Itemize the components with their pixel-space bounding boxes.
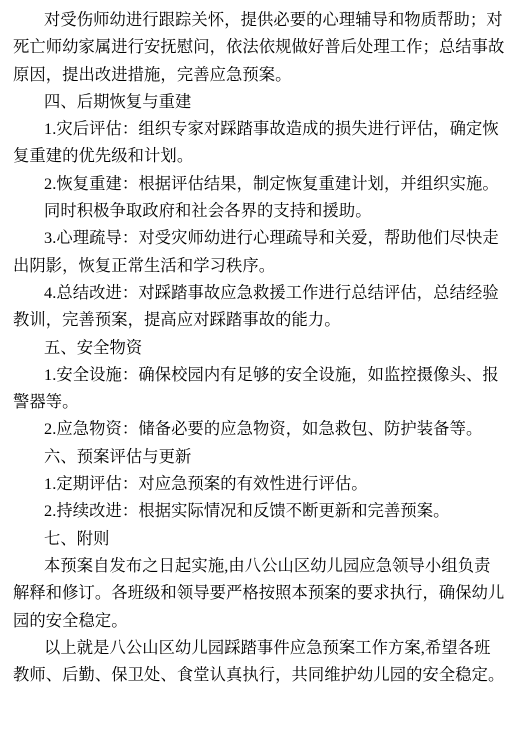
paragraph-line: 原因，提出改进措施，完善应急预案。 bbox=[13, 61, 503, 88]
list-item-line: 1.灾后评估：组织专家对踩踏事故造成的损失进行评估，确定恢 bbox=[13, 115, 503, 142]
paragraph-line: 对受伤师幼进行跟踪关怀，提供必要的心理辅导和物质帮助；对 bbox=[13, 6, 503, 33]
list-item-line: 1.定期评估：对应急预案的有效性进行评估。 bbox=[13, 470, 503, 497]
document-page[interactable]: 对受伤师幼进行跟踪关怀，提供必要的心理辅导和物质帮助；对 死亡师幼家属进行安抚慰… bbox=[0, 0, 516, 742]
paragraph-line: 本预案自发布之日起实施,由八公山区幼儿园应急领导小组负责 bbox=[13, 552, 503, 579]
document-body: 对受伤师幼进行跟踪关怀，提供必要的心理辅导和物质帮助；对 死亡师幼家属进行安抚慰… bbox=[0, 0, 516, 688]
list-item-line: 4.总结改进：对踩踏事故应急救援工作进行总结评估，总结经验 bbox=[13, 279, 503, 306]
paragraph-line: 教师、后勤、保卫处、食堂认真执行，共同维护幼儿园的安全稳定。 bbox=[13, 661, 503, 688]
paragraph-line: 死亡师幼家属进行安抚慰问，依法依规做好普后处理工作；总结事故 bbox=[13, 33, 503, 60]
section-heading-line: 四、后期恢复与重建 bbox=[13, 88, 503, 115]
section-heading-line: 六、预案评估与更新 bbox=[13, 443, 503, 470]
section-heading-line: 五、安全物资 bbox=[13, 334, 503, 361]
paragraph-line: 警器等。 bbox=[13, 388, 503, 415]
list-item-line: 2.恢复重建：根据评估结果，制定恢复重建计划，并组织实施。 bbox=[13, 170, 503, 197]
paragraph-line: 出阴影，恢复正常生活和学习秩序。 bbox=[13, 252, 503, 279]
list-item-line: 1.安全设施：确保校园内有足够的安全设施，如监控摄像头、报 bbox=[13, 361, 503, 388]
list-item-line: 3.心理疏导：对受灾师幼进行心理疏导和关爱，帮助他们尽快走 bbox=[13, 224, 503, 251]
paragraph-line: 解释和修订。各班级和领导要严格按照本预案的要求执行，确保幼儿 bbox=[13, 579, 503, 606]
list-item-line: 2.应急物资：储备必要的应急物资，如急救包、防护装备等。 bbox=[13, 415, 503, 442]
paragraph-line: 教训，完善预案，提高应对踩踏事故的能力。 bbox=[13, 306, 503, 333]
section-heading-line: 七、附则 bbox=[13, 525, 503, 552]
list-item-line: 2.持续改进：根据实际情况和反馈不断更新和完善预案。 bbox=[13, 497, 503, 524]
paragraph-line: 同时积极争取政府和社会各界的支持和援助。 bbox=[13, 197, 503, 224]
paragraph-line: 复重建的优先级和计划。 bbox=[13, 142, 503, 169]
paragraph-line: 园的安全稳定。 bbox=[13, 607, 503, 634]
paragraph-line: 以上就是八公山区幼儿园踩踏事件应急预案工作方案,希望各班 bbox=[13, 634, 503, 661]
